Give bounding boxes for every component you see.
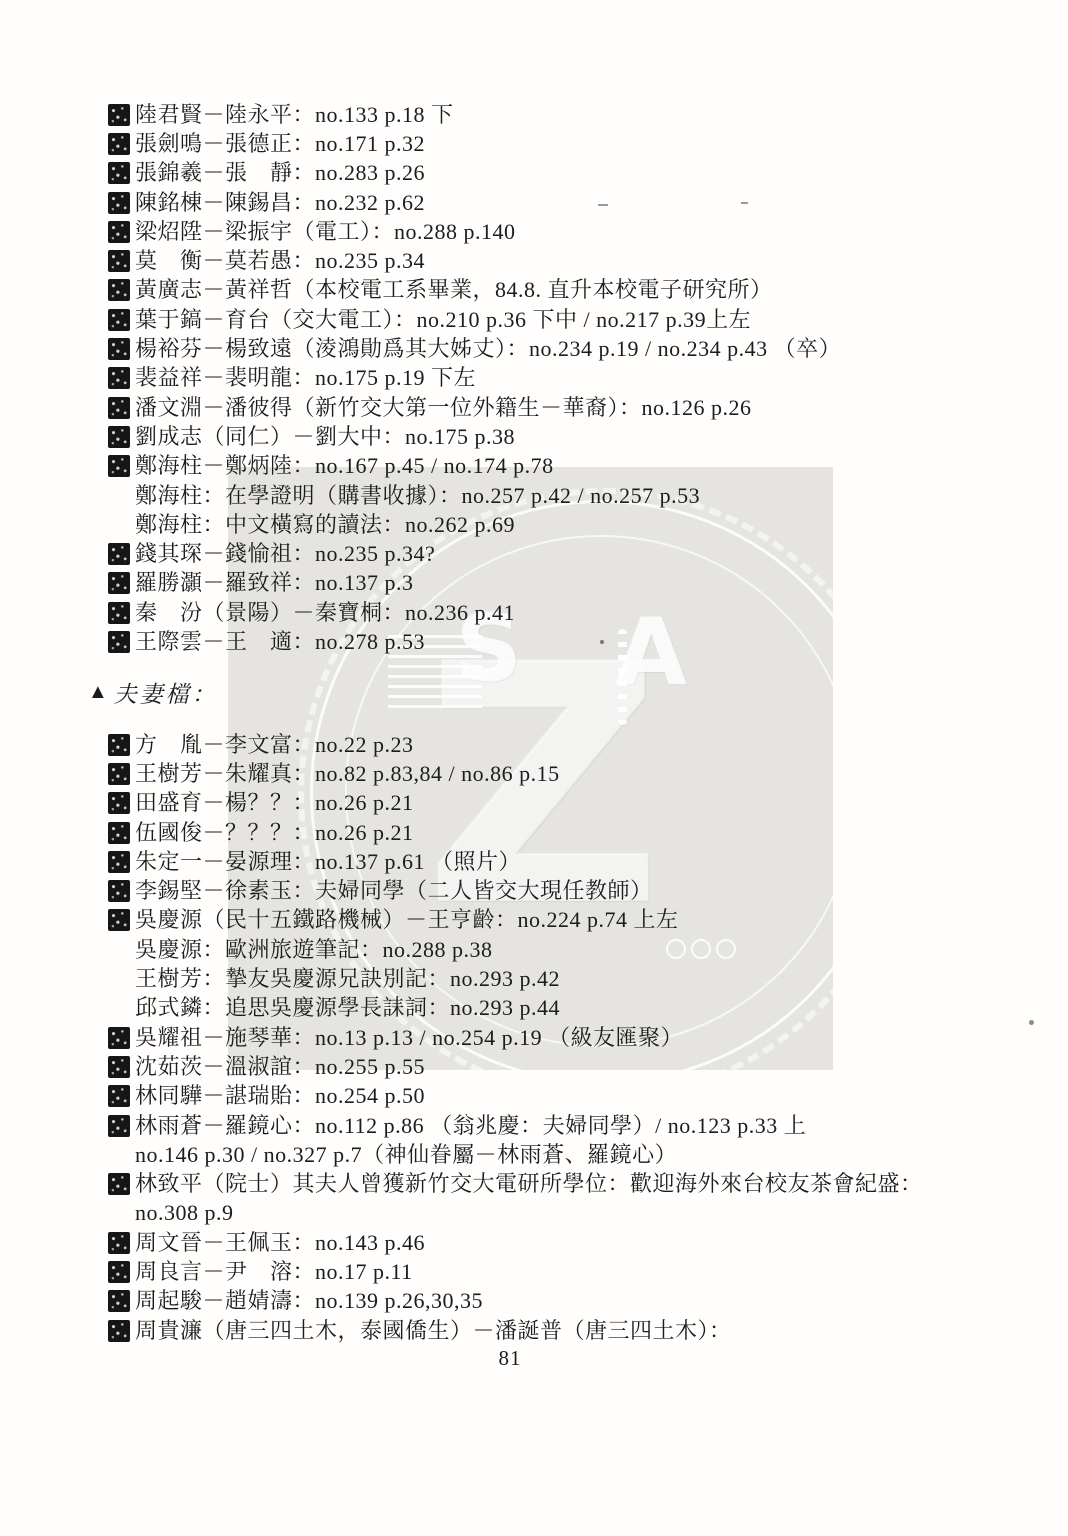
entry-row: 梁炤陞－梁振宇（電工）：no.288 p.140	[108, 217, 841, 246]
entry-row: 潘文淵－潘彼得（新竹交大第一位外籍生－華裔）：no.126 p.26	[108, 393, 841, 422]
entry-text: 邱式鏻：追思吳慶源學長誄詞：no.293 p.44	[135, 997, 560, 1019]
entry-row: 吳慶源：歐洲旅遊筆記：no.288 p.38	[108, 935, 923, 964]
document-page: Z S A 陸君賢－陸永平：no.133 p.18 下張劍鳴－張德正：no.17…	[0, 0, 1068, 1536]
seal-stamp-icon	[108, 851, 130, 873]
scan-speck	[1029, 1020, 1034, 1025]
entry-text: 鄭海柱：中文橫寫的讀法：no.262 p.69	[135, 514, 515, 536]
entry-row: 邱式鏻：追思吳慶源學長誄詞：no.293 p.44	[108, 994, 923, 1023]
entry-text: 張錦羲－張 靜：no.283 p.26	[135, 162, 425, 184]
page-number: 81	[0, 1346, 1020, 1371]
entry-text: 李錫堅－徐素玉：夫婦同學（二人皆交大現任教師）	[135, 880, 653, 902]
seal-stamp-icon	[108, 397, 130, 419]
seal-stamp-icon	[108, 909, 130, 931]
entry-text: 伍國俊－？？？：no.26 p.21	[135, 822, 414, 844]
seal-stamp-icon	[108, 1027, 130, 1049]
entry-row: 錢其琛－錢愉祖：no.235 p.34?	[108, 539, 841, 568]
entry-row: 林致平（院士）其夫人曾獲新竹交大電研所學位：歡迎海外來台校友茶會紀盛：	[108, 1169, 923, 1198]
entry-row: 陳銘棟－陳錫昌：no.232 p.62	[108, 188, 841, 217]
entry-row: 周貴濂（唐三四土木，泰國僑生）－潘誕普（唐三四土木）：	[108, 1316, 923, 1345]
seal-stamp-icon	[108, 763, 130, 785]
entry-row: 葉于鎬－育台（交大電工）：no.210 p.36 下中 / no.217 p.3…	[108, 305, 841, 334]
entry-text: 黃廣志－黃祥哲（本校電工系畢業，84.8. 直升本校電子研究所）	[135, 279, 773, 301]
entry-row: 張錦羲－張 靜：no.283 p.26	[108, 159, 841, 188]
entry-text: 田盛育－楊？？：no.26 p.21	[135, 792, 414, 814]
entry-row: 田盛育－楊？？：no.26 p.21	[108, 789, 923, 818]
entry-text: 周良言－尹 溶：no.17 p.11	[135, 1261, 413, 1283]
entry-text: 吳慶源：歐洲旅遊筆記：no.288 p.38	[135, 939, 493, 961]
seal-stamp-icon	[108, 880, 130, 902]
couples-list: 方 胤－李文富：no.22 p.23王樹芳－朱耀真：no.82 p.83,84 …	[108, 730, 923, 1345]
seal-stamp-icon	[108, 338, 130, 360]
seal-stamp-icon	[108, 250, 130, 272]
entry-text: 林致平（院士）其夫人曾獲新竹交大電研所學位：歡迎海外來台校友茶會紀盛：	[135, 1173, 923, 1195]
entry-row: 王樹芳－朱耀真：no.82 p.83,84 / no.86 p.15	[108, 759, 923, 788]
entry-row: 陸君賢－陸永平：no.133 p.18 下	[108, 100, 841, 129]
seal-stamp-icon	[108, 162, 130, 184]
name-pairs-list: 陸君賢－陸永平：no.133 p.18 下張劍鳴－張德正：no.171 p.32…	[108, 100, 841, 657]
entry-text: 朱定一－晏源理：no.137 p.61 （照片）	[135, 851, 521, 873]
entry-row: 吳慶源（民十五鐵路機械）－王亨齡：no.224 p.74 上左	[108, 906, 923, 935]
entry-text: 羅勝灝－羅致祥：no.137 p.3	[135, 572, 414, 594]
seal-stamp-icon	[108, 1056, 130, 1078]
entry-text: 吳耀祖－施琴華：no.13 p.13 / no.254 p.19 （級友匯聚）	[135, 1027, 683, 1049]
seal-stamp-icon	[108, 1115, 130, 1137]
entry-text: 林同驊－諶瑞貽：no.254 p.50	[135, 1085, 425, 1107]
seal-stamp-icon	[108, 133, 130, 155]
entry-row: 楊裕芬－楊致遠（淩鴻勛爲其大姊丈）：no.234 p.19 / no.234 p…	[108, 334, 841, 363]
entry-text: 陸君賢－陸永平：no.133 p.18 下	[135, 104, 454, 126]
seal-stamp-icon	[108, 221, 130, 243]
entry-text: 劉成志（同仁）－劉大中：no.175 p.38	[135, 426, 515, 448]
seal-stamp-icon	[108, 631, 130, 653]
entry-text: 周文晉－王佩玉：no.143 p.46	[135, 1232, 425, 1254]
entry-row: 周文晉－王佩玉：no.143 p.46	[108, 1228, 923, 1257]
entry-text: 陳銘棟－陳錫昌：no.232 p.62	[135, 192, 425, 214]
entry-row: 王際雲－王 適：no.278 p.53	[108, 627, 841, 656]
entry-text: no.146 p.30 / no.327 p.7（神仙眷屬－林雨蒼、羅鏡心）	[135, 1144, 677, 1166]
seal-stamp-icon	[108, 1320, 130, 1342]
entry-text: 林雨蒼－羅鏡心：no.112 p.86 （翁兆慶：夫婦同學）/ no.123 p…	[135, 1115, 806, 1137]
entry-row: 李錫堅－徐素玉：夫婦同學（二人皆交大現任教師）	[108, 876, 923, 905]
entry-row: 周起駿－趙婧濤：no.139 p.26,30,35	[108, 1287, 923, 1316]
entry-row: 王樹芳：摯友吳慶源兄訣別記：no.293 p.42	[108, 964, 923, 993]
entry-row: 沈茹茨－溫淑誼：no.255 p.55	[108, 1052, 923, 1081]
entry-row: 吳耀祖－施琴華：no.13 p.13 / no.254 p.19 （級友匯聚）	[108, 1023, 923, 1052]
entry-row: no.146 p.30 / no.327 p.7（神仙眷屬－林雨蒼、羅鏡心）	[108, 1140, 923, 1169]
entry-row: 林雨蒼－羅鏡心：no.112 p.86 （翁兆慶：夫婦同學）/ no.123 p…	[108, 1111, 923, 1140]
seal-stamp-icon	[108, 192, 130, 214]
seal-stamp-icon	[108, 309, 130, 331]
seal-stamp-icon	[108, 279, 130, 301]
seal-stamp-icon	[108, 543, 130, 565]
entry-row: 張劍鳴－張德正：no.171 p.32	[108, 129, 841, 158]
entry-text: 莫 衡－莫若愚：no.235 p.34	[135, 250, 425, 272]
entry-row: 鄭海柱：在學證明（購書收據）：no.257 p.42 / no.257 p.53	[108, 481, 841, 510]
entry-row: 朱定一－晏源理：no.137 p.61 （照片）	[108, 847, 923, 876]
entry-row: 莫 衡－莫若愚：no.235 p.34	[108, 246, 841, 275]
seal-stamp-icon	[108, 822, 130, 844]
entry-row: 裴益祥－裴明龍：no.175 p.19 下左	[108, 364, 841, 393]
seal-stamp-icon	[108, 367, 130, 389]
seal-stamp-icon	[108, 1085, 130, 1107]
entry-text: 鄭海柱：在學證明（購書收據）：no.257 p.42 / no.257 p.53	[135, 485, 700, 507]
entry-text: 錢其琛－錢愉祖：no.235 p.34?	[135, 543, 435, 565]
entry-text: 葉于鎬－育台（交大電工）：no.210 p.36 下中 / no.217 p.3…	[135, 309, 751, 331]
entry-text: 周起駿－趙婧濤：no.139 p.26,30,35	[135, 1290, 483, 1312]
entry-text: 王際雲－王 適：no.278 p.53	[135, 631, 425, 653]
seal-stamp-icon	[108, 734, 130, 756]
seal-stamp-icon	[108, 1232, 130, 1254]
entry-row: 黃廣志－黃祥哲（本校電工系畢業，84.8. 直升本校電子研究所）	[108, 276, 841, 305]
couples-section-header: ▲ 夫妻檔：	[88, 678, 218, 707]
seal-stamp-icon	[108, 792, 130, 814]
entry-text: 潘文淵－潘彼得（新竹交大第一位外籍生－華裔）：no.126 p.26	[135, 397, 752, 419]
seal-stamp-icon	[108, 1173, 130, 1195]
entry-text: 裴益祥－裴明龍：no.175 p.19 下左	[135, 367, 476, 389]
entry-row: 鄭海柱：中文橫寫的讀法：no.262 p.69	[108, 510, 841, 539]
entry-row: 林同驊－諶瑞貽：no.254 p.50	[108, 1082, 923, 1111]
entry-text: 沈茹茨－溫淑誼：no.255 p.55	[135, 1056, 425, 1078]
entry-text: 王樹芳－朱耀真：no.82 p.83,84 / no.86 p.15	[135, 763, 560, 785]
entry-row: 方 胤－李文富：no.22 p.23	[108, 730, 923, 759]
entry-row: no.308 p.9	[108, 1199, 923, 1228]
entry-text: 周貴濂（唐三四土木，泰國僑生）－潘誕普（唐三四土木）：	[135, 1320, 732, 1342]
entry-row: 羅勝灝－羅致祥：no.137 p.3	[108, 569, 841, 598]
entry-text: 鄭海柱－鄭炳陸：no.167 p.45 / no.174 p.78	[135, 455, 554, 477]
entry-row: 鄭海柱－鄭炳陸：no.167 p.45 / no.174 p.78	[108, 452, 841, 481]
seal-stamp-icon	[108, 104, 130, 126]
seal-stamp-icon	[108, 455, 130, 477]
entry-text: 楊裕芬－楊致遠（淩鴻勛爲其大姊丈）：no.234 p.19 / no.234 p…	[135, 338, 841, 360]
entry-row: 秦 汾（景陽）－秦寶桐：no.236 p.41	[108, 598, 841, 627]
entry-text: 王樹芳：摯友吳慶源兄訣別記：no.293 p.42	[135, 968, 560, 990]
seal-stamp-icon	[108, 572, 130, 594]
entry-row: 周良言－尹 溶：no.17 p.11	[108, 1257, 923, 1286]
section-title: 夫妻檔：	[114, 676, 218, 709]
entry-text: no.308 p.9	[135, 1202, 234, 1224]
seal-stamp-icon	[108, 602, 130, 624]
seal-stamp-icon	[108, 1290, 130, 1312]
entry-text: 梁炤陞－梁振宇（電工）：no.288 p.140	[135, 221, 516, 243]
seal-stamp-icon	[108, 426, 130, 448]
triangle-marker-icon: ▲	[88, 681, 108, 704]
entry-text: 張劍鳴－張德正：no.171 p.32	[135, 133, 425, 155]
entry-row: 伍國俊－？？？：no.26 p.21	[108, 818, 923, 847]
entry-text: 秦 汾（景陽）－秦寶桐：no.236 p.41	[135, 602, 515, 624]
entry-text: 吳慶源（民十五鐵路機械）－王亨齡：no.224 p.74 上左	[135, 909, 679, 931]
seal-stamp-icon	[108, 1261, 130, 1283]
entry-row: 劉成志（同仁）－劉大中：no.175 p.38	[108, 422, 841, 451]
entry-text: 方 胤－李文富：no.22 p.23	[135, 734, 414, 756]
